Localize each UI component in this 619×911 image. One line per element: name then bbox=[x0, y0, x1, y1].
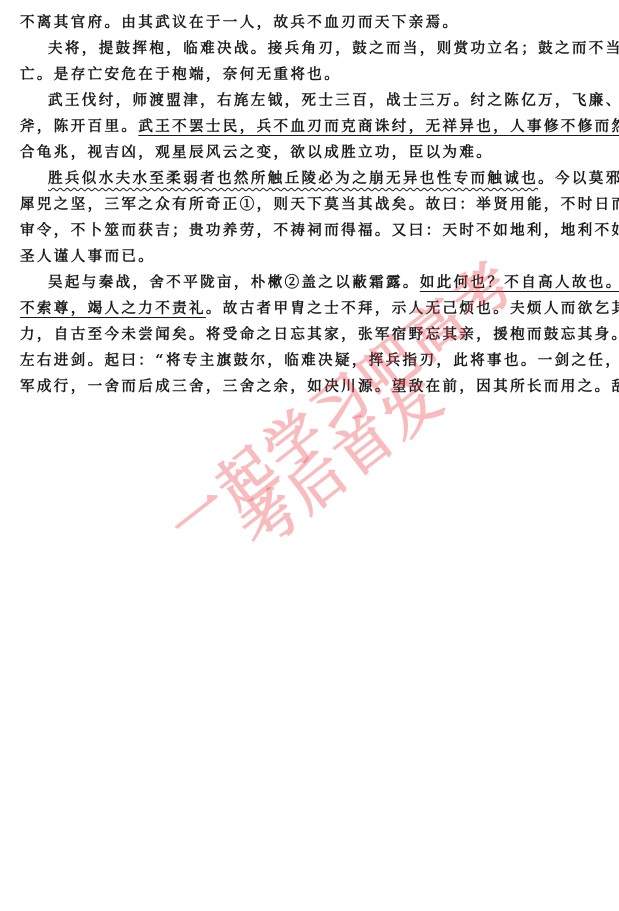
wavy-underlined-passage: 胜兵似水夫水至柔弱者也然所触丘陵必为之崩无异也性专而触诚也 bbox=[48, 170, 538, 187]
text-segment: 斧，陈开百里。 bbox=[20, 118, 138, 135]
passage-line: 胜兵似水夫水至柔弱者也然所触丘陵必为之崩无异也性专而触诚也。今以莫邪之利， bbox=[48, 170, 619, 188]
passage-line: 合龟兆，视吉凶，观星辰风云之变，欲以成胜立功，臣以为难。 bbox=[20, 144, 493, 162]
passage-line: 军成行，一舍而后成三舍，三舍之余，如决川源。望敌在前，因其所长而用之。敌白者垩之… bbox=[20, 378, 619, 396]
passage-line: 不索尊，竭人之力不责礼。故古者甲胄之士不拜，示人无己烦也。夫烦人而欲乞其死、竭其 bbox=[20, 300, 619, 318]
passage-line: 夫将，提鼓挥枹，临难决战。接兵角刃，鼓之而当，则赏功立名；鼓之而不当，则身死国 bbox=[48, 40, 619, 58]
passage-line: 亡。是存亡安危在于枹端，奈何无重将也。 bbox=[20, 66, 341, 84]
passage-line: 武王伐纣，师渡盟津，右旄左钺，死士三百，战士三万。纣之陈亿万，飞廉、恶来身先戟 bbox=[48, 92, 619, 110]
passage-line: 斧，陈开百里。武王不罢士民，兵不血刃而克商诛纣，无祥异也，人事修不修而然也。今世… bbox=[20, 118, 619, 136]
exam-page: 不离其官府。由其武议在于一人，故兵不血刃而天下亲焉。 夫将，提鼓挥枹，临难决战。… bbox=[0, 0, 619, 911]
underlined-sentence-2a: 如此何也？不自高人故也。乞人之死 bbox=[420, 274, 619, 291]
underlined-sentence-1a: 武王不罢士民，兵不血刃而克商诛纣，无祥异也，人事修不修而然也 bbox=[138, 118, 619, 135]
passage-line: 犀兕之坚，三军之众有所奇正①，则天下莫当其战矣。故曰：举贤用能，不时日而事利；明… bbox=[20, 196, 619, 214]
passage-line: 力，自古至今未尝闻矣。将受命之日忘其家，张军宿野忘其亲，援枹而鼓忘其身。吴起临战… bbox=[20, 326, 619, 344]
underlined-sentence-2b: 不索尊，竭人之力不责礼 bbox=[20, 300, 206, 317]
passage-line: 左右进剑。起曰：“将专主旗鼓尔，临难决疑，挥兵指刃，此将事也。一剑之任，非将事也… bbox=[20, 352, 619, 370]
passage-line: 审令，不卜筮而获吉；贵功养劳，不祷祠而得福。又曰：天时不如地利，地利不如人和。古… bbox=[20, 222, 619, 240]
passage-line: 圣人谨人事而已。 bbox=[20, 248, 155, 266]
text-segment: 。今以莫邪之利， bbox=[538, 170, 619, 187]
text-segment: 吴起与秦战，舍不平陇亩，朴樕②盖之以蔽霜露。 bbox=[48, 274, 420, 291]
text-segment: 。故古者甲胄之士不拜，示人无己烦也。夫烦人而欲乞其死、竭其 bbox=[206, 300, 619, 317]
passage-line: 吴起与秦战，舍不平陇亩，朴樕②盖之以蔽霜露。如此何也？不自高人故也。乞人之死 bbox=[48, 274, 619, 292]
passage-line: 不离其官府。由其武议在于一人，故兵不血刃而天下亲焉。 bbox=[20, 14, 459, 32]
